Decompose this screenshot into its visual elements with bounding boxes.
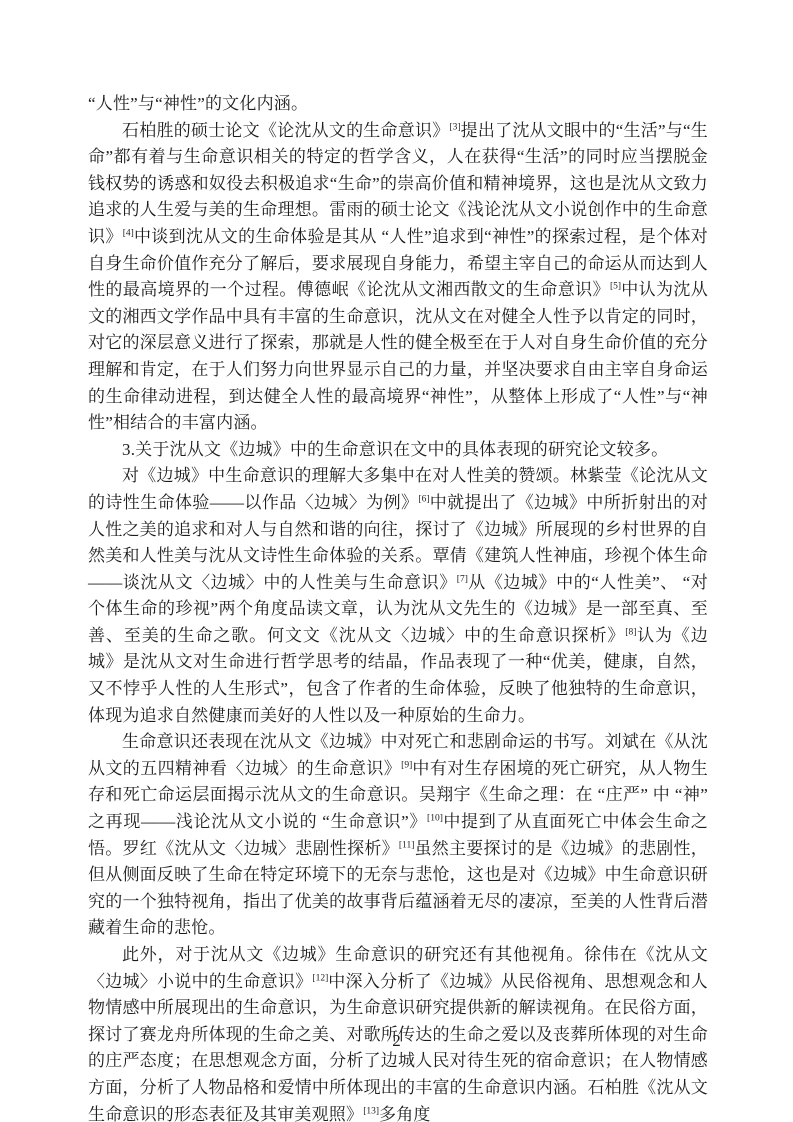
citation-ref: [3]: [450, 122, 461, 132]
text-run: “人性”与“神性”的文化内涵。: [88, 94, 308, 113]
text-run: 中认为沈从文的湘西文学作品中具有丰富的生命意识，沈从文在对健全人性予以肯定的同时…: [88, 280, 708, 432]
page-number: 2: [0, 1031, 793, 1051]
paragraph: “人性”与“神性”的文化内涵。: [88, 91, 708, 118]
paragraph: 石柏胜的硕士论文《论沈从文的生命意识》[3]提出了沈从文眼中的“生活”与“生命”…: [88, 118, 708, 437]
citation-ref: [8]: [625, 627, 636, 637]
paragraph: 生命意识还表现在沈从文《边城》中对死亡和悲剧命运的书写。刘斌在《从沈从文的五四精…: [88, 729, 708, 942]
citation-ref: [4]: [123, 228, 134, 238]
text-run: 3.关于沈从文《边城》中的生命意识在文中的具体表现的研究论文较多。: [122, 440, 668, 459]
text-run: 石柏胜的硕士论文《论沈从文的生命意识》: [122, 121, 450, 140]
citation-ref: [13]: [363, 1106, 379, 1116]
citation-ref: [6]: [418, 494, 429, 504]
citation-ref: [7]: [457, 574, 468, 584]
document-page: “人性”与“神性”的文化内涵。石柏胜的硕士论文《论沈从文的生命意识》[3]提出了…: [0, 0, 793, 1122]
paragraph: 3.关于沈从文《边城》中的生命意识在文中的具体表现的研究论文较多。: [88, 437, 708, 464]
document-body: “人性”与“神性”的文化内涵。石柏胜的硕士论文《论沈从文的生命意识》[3]提出了…: [88, 91, 708, 1122]
citation-ref: [11]: [399, 840, 414, 850]
citation-ref: [12]: [312, 973, 328, 983]
citation-ref: [5]: [610, 282, 621, 292]
paragraph: 对《边城》中生命意识的理解大多集中在对人性美的赞颂。林紫莹《论沈从文的诗性生命体…: [88, 463, 708, 729]
text-run: 多角度: [379, 1105, 431, 1122]
citation-ref: [10]: [427, 813, 443, 823]
citation-ref: [9]: [401, 760, 412, 770]
